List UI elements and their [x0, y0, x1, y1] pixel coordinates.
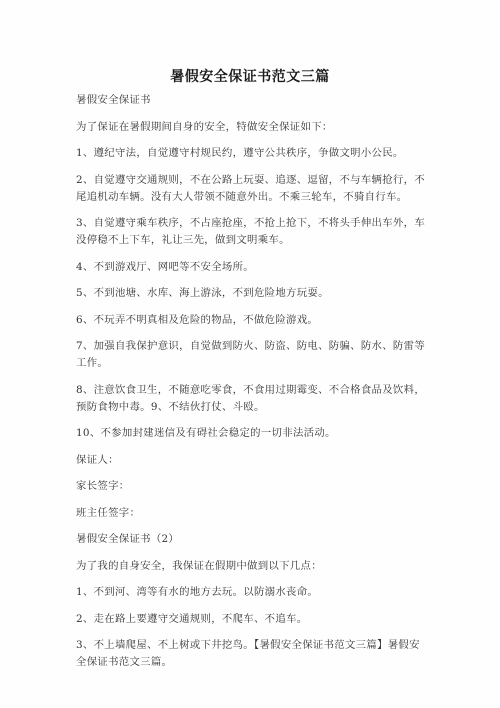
parent-signature: 家长签字：	[76, 478, 426, 495]
pledge2-item-1: 1、不到河、湾等有水的地方去玩。以防溺水丧命。	[76, 584, 426, 601]
pledge-item-5: 5、不到池塘、水库、海上游泳，不到危险地方玩耍。	[76, 285, 426, 302]
document-body: 暑假安全保证书 为了保证在暑假期间自身的安全，特做安全保证如下： 1、遵纪守法，…	[76, 92, 426, 681]
pledge-item-6: 6、不玩弄不明真相及危险的物品，不做危险游戏。	[76, 312, 426, 329]
document-page: 暑假安全保证书范文三篇 暑假安全保证书 为了保证在暑假期间自身的安全，特做安全保…	[0, 0, 500, 708]
pledge-item-2: 2、自觉遵守交通规则，不在公路上玩耍、追逐、逗留，不与车辆抢行，不尾追机动车辆。…	[76, 172, 426, 206]
teacher-signature: 班主任签字：	[76, 505, 426, 522]
pledge-item-10: 10、不参加封建迷信及有碍社会稳定的一切非法活动。	[76, 425, 426, 442]
section-heading: 暑假安全保证书	[76, 92, 426, 109]
guarantor-signature: 保证人：	[76, 452, 426, 469]
pledge-item-1: 1、遵纪守法，自觉遵守村规民约，遵守公共秩序，争做文明小公民。	[76, 145, 426, 162]
intro-paragraph: 为了保证在暑假期间自身的安全，特做安全保证如下：	[76, 119, 426, 136]
pledge-item-7: 7、加强自我保护意识，自觉做到防火、防盗、防电、防骗、防水、防雷等工作。	[76, 338, 426, 372]
pledge-item-8-9: 8、注意饮食卫生，不随意吃零食，不食用过期霉变、不合格食品及饮料，预防食物中毒。…	[76, 382, 426, 416]
document-title: 暑假安全保证书范文三篇	[0, 66, 500, 86]
pledge-item-3: 3、自觉遵守乘车秩序，不占座抢座，不抢上抢下，不将头手伸出车外，车没停稳不上下车…	[76, 215, 426, 249]
pledge2-item-2: 2、走在路上要遵守交通规则，不爬车、不追车。	[76, 611, 426, 628]
pledge2-item-3: 3、不上墙爬屋、不上树或下井挖鸟。【暑假安全保证书范文三篇】暑假安全保证书范文三…	[76, 637, 426, 671]
pledge-item-4: 4、不到游戏厅、网吧等不安全场所。	[76, 259, 426, 276]
intro-paragraph-2: 为了我的自身安全，我保证在假期中做到以下几点：	[76, 558, 426, 575]
section-heading-2: 暑假安全保证书（2）	[76, 531, 426, 548]
